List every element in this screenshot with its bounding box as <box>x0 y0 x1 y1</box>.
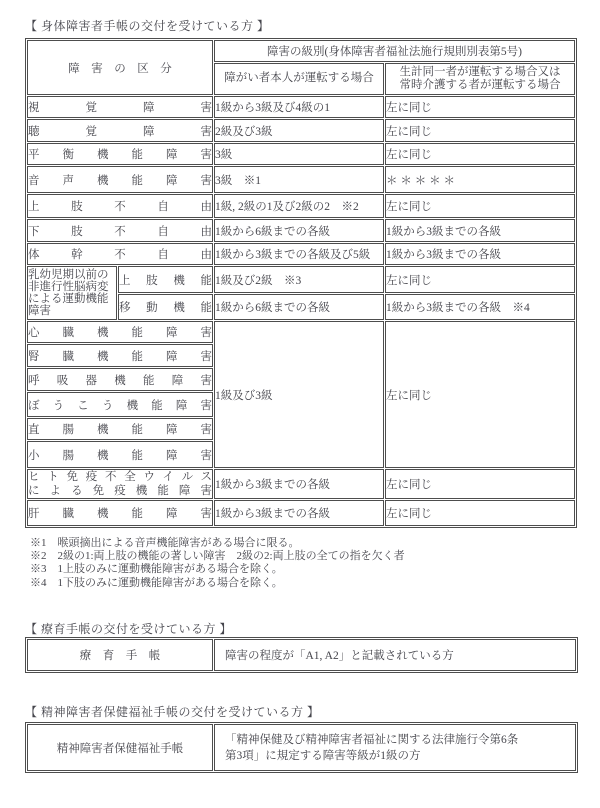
self-grade-cell: 2級及び3級 <box>214 119 384 142</box>
footnote-3: ※3 1上肢のみに運動機能障害がある場合を除く。 <box>30 563 405 576</box>
family-grade-cell: 1級から3級までの各級 ※4 <box>385 294 575 320</box>
category-cell: 直腸機能障害 <box>27 418 213 440</box>
rehabilitation-value-cell: 障害の程度が「A1, A2」と記載されている方 <box>214 639 576 671</box>
table-row: 音声機能障害 3級 ※1 ＊ ＊ ＊ ＊ ＊ <box>27 166 575 193</box>
category-cell: 視覚障害 <box>27 96 213 118</box>
family-grade-cell: 左に同じ <box>385 469 575 499</box>
family-grade-merged-cell: 左に同じ <box>385 321 575 468</box>
category-cell: 音声機能障害 <box>27 166 213 193</box>
self-grade-cell: 1級から6級までの各級 <box>214 294 384 320</box>
category-cell: 小腸機能障害 <box>27 441 213 468</box>
category-cell: 呼吸器機能障害 <box>27 368 213 391</box>
section-title-rehabilitation: 【 療育手帳の交付を受けている方 】 <box>25 620 232 637</box>
self-grade-cell: 1級から3級及び4級の1 <box>214 96 384 118</box>
self-drive-header-cell: 障がい者本人が運転する場合 <box>214 63 384 95</box>
category-cell: 腎臓機能障害 <box>27 344 213 367</box>
family-grade-cell: 左に同じ <box>385 96 575 118</box>
table-row-brain-upper: 乳幼児期以前の 非進行性脳病変 による運動機能 障害 上肢機能 1級及び2級 ※… <box>27 266 575 293</box>
physical-disability-table: 障 害 の 区 分 障害の級別(身体障害者福祉法施行規則別表第5号) 障がい者本… <box>25 38 577 528</box>
family-grade-cell: 左に同じ <box>385 500 575 526</box>
category-cell: 上肢機能 <box>118 266 213 293</box>
footnote-1: ※1 喉頭摘出による音声機能障害がある場合に限る。 <box>30 537 405 550</box>
brain-group-label-cell: 乳幼児期以前の 非進行性脳病変 による運動機能 障害 <box>27 266 117 320</box>
grade-header-cell: 障害の級別(身体障害者福祉法施行規則別表第5号) <box>214 40 575 62</box>
self-grade-merged-cell: 1級及び3級 <box>214 321 384 468</box>
self-grade-cell: 1級, 2級の1及び2級の2 ※2 <box>214 194 384 218</box>
category-cell: 下肢不自由 <box>27 219 213 242</box>
header-row-1: 障 害 の 区 分 障害の級別(身体障害者福祉法施行規則別表第5号) <box>27 40 575 62</box>
table-row: 体幹不自由 1級から3級までの各級及び5級 1級から3級までの各級 <box>27 243 575 265</box>
mental-health-table: 精神障害者保健福祉手帳 「精神保健及び精神障害者福祉に関する法律施行令第6条 第… <box>25 722 578 773</box>
table-row: 心臓機能障害 1級及び3級 左に同じ <box>27 321 575 343</box>
category-cell: 平衡機能障害 <box>27 143 213 165</box>
footnote-4: ※4 1下肢のみに運動機能障害がある場合を除く。 <box>30 577 405 590</box>
category-cell: 肝臓機能障害 <box>27 500 213 526</box>
table-row: 療 育 手 帳 障害の程度が「A1, A2」と記載されている方 <box>27 639 576 671</box>
family-grade-cell: 1級から3級までの各級 <box>385 219 575 242</box>
mental-label-cell: 精神障害者保健福祉手帳 <box>27 724 213 771</box>
family-grade-cell: 左に同じ <box>385 266 575 293</box>
self-grade-cell: 1級から3級までの各級及び5級 <box>214 243 384 265</box>
family-grade-cell: ＊ ＊ ＊ ＊ ＊ <box>385 166 575 193</box>
family-grade-cell: 左に同じ <box>385 194 575 218</box>
category-header-cell: 障 害 の 区 分 <box>27 40 213 95</box>
footnote-2: ※2 2級の1:両上肢の機能の著しい障害 2級の2:両上肢の全ての指を欠く者 <box>30 550 405 563</box>
category-cell: 体幹不自由 <box>27 243 213 265</box>
rehabilitation-table: 療 育 手 帳 障害の程度が「A1, A2」と記載されている方 <box>25 637 578 673</box>
section-title-physical: 【 身体障害者手帳の交付を受けている方 】 <box>25 17 270 34</box>
self-grade-cell: 3級 ※1 <box>214 166 384 193</box>
category-cell: 聴覚障害 <box>27 119 213 142</box>
category-cell: 上肢不自由 <box>27 194 213 218</box>
category-cell: 移動機能 <box>118 294 213 320</box>
table-row: 平衡機能障害 3級 左に同じ <box>27 143 575 165</box>
family-drive-header-cell: 生計同一者が運転する場合又は 常時介護する者が運転する場合 <box>385 63 575 95</box>
table-row: 聴覚障害 2級及び3級 左に同じ <box>27 119 575 142</box>
family-grade-cell: 1級から3級までの各級 <box>385 243 575 265</box>
section-title-mental: 【 精神障害者保健福祉手帳の交付を受けている方 】 <box>25 703 320 720</box>
table-row: 肝臓機能障害 1級から3級までの各級 左に同じ <box>27 500 575 526</box>
category-cell: ぼうこう機能障害 <box>27 392 213 417</box>
category-cell: 心臓機能障害 <box>27 321 213 343</box>
family-grade-cell: 左に同じ <box>385 119 575 142</box>
table-row: 視覚障害 1級から3級及び4級の1 左に同じ <box>27 96 575 118</box>
self-grade-cell: 1級及び2級 ※3 <box>214 266 384 293</box>
self-grade-cell: 3級 <box>214 143 384 165</box>
self-grade-cell: 1級から6級までの各級 <box>214 219 384 242</box>
table-row: 下肢不自由 1級から6級までの各級 1級から3級までの各級 <box>27 219 575 242</box>
category-cell: ヒト免疫不全ウイルス による免疫機能障害 <box>27 469 213 499</box>
self-grade-cell: 1級から3級までの各級 <box>214 500 384 526</box>
self-grade-cell: 1級から3級までの各級 <box>214 469 384 499</box>
table-row-hiv: ヒト免疫不全ウイルス による免疫機能障害 1級から3級までの各級 左に同じ <box>27 469 575 499</box>
family-grade-cell: 左に同じ <box>385 143 575 165</box>
rehabilitation-label-cell: 療 育 手 帳 <box>27 639 213 671</box>
mental-value-cell: 「精神保健及び精神障害者福祉に関する法律施行令第6条 第3項」に規定する障害等級… <box>214 724 576 771</box>
table-row: 上肢不自由 1級, 2級の1及び2級の2 ※2 左に同じ <box>27 194 575 218</box>
table-row: 精神障害者保健福祉手帳 「精神保健及び精神障害者福祉に関する法律施行令第6条 第… <box>27 724 576 771</box>
footnotes: ※1 喉頭摘出による音声機能障害がある場合に限る。 ※2 2級の1:両上肢の機能… <box>30 537 405 590</box>
